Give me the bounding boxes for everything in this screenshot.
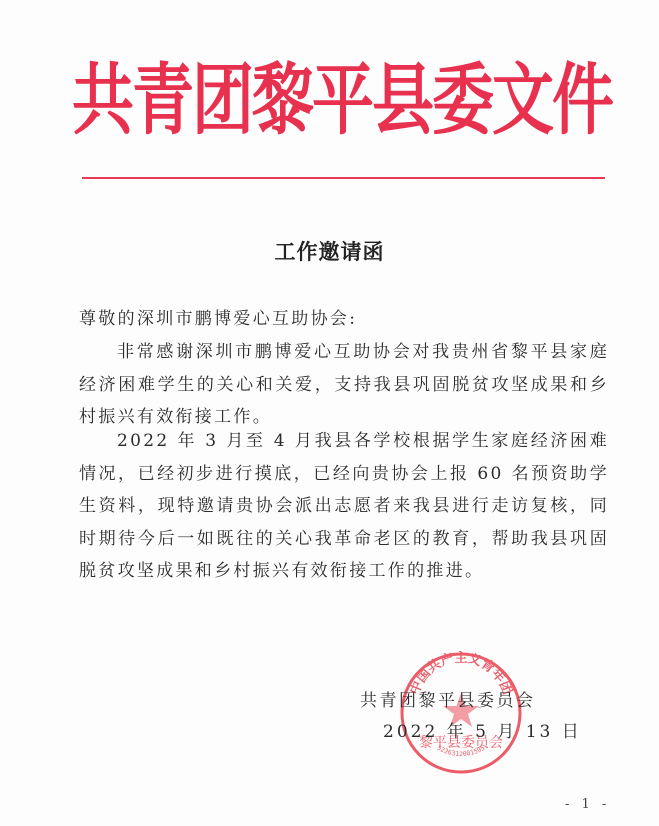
salutation: 尊敬的深圳市鹏博爱心互助协会: <box>79 304 357 329</box>
body-paragraph-2: 2022 年 3 月至 4 月我县各学校根据学生家庭经济困难情况，已经初步进行摸… <box>79 425 609 588</box>
page-number: - 1 - <box>565 797 610 812</box>
red-divider-line <box>82 177 605 179</box>
official-seal-stamp: 中国共产主义青年团 黎平县委员会 5226312001595 <box>399 651 523 775</box>
issue-date: 2022 年 5 月 13 日 <box>383 717 582 742</box>
body-paragraph-1: 非常感谢深圳市鹏博爱心互助协会对我贵州省黎平县家庭经济困难学生的关心和关爱，支持… <box>79 336 609 434</box>
document-masthead: 共青团黎平县委文件 <box>72 44 612 157</box>
issuer-signature: 共青团黎平县委员会 <box>360 686 536 711</box>
document-title: 工作邀请函 <box>0 236 659 266</box>
